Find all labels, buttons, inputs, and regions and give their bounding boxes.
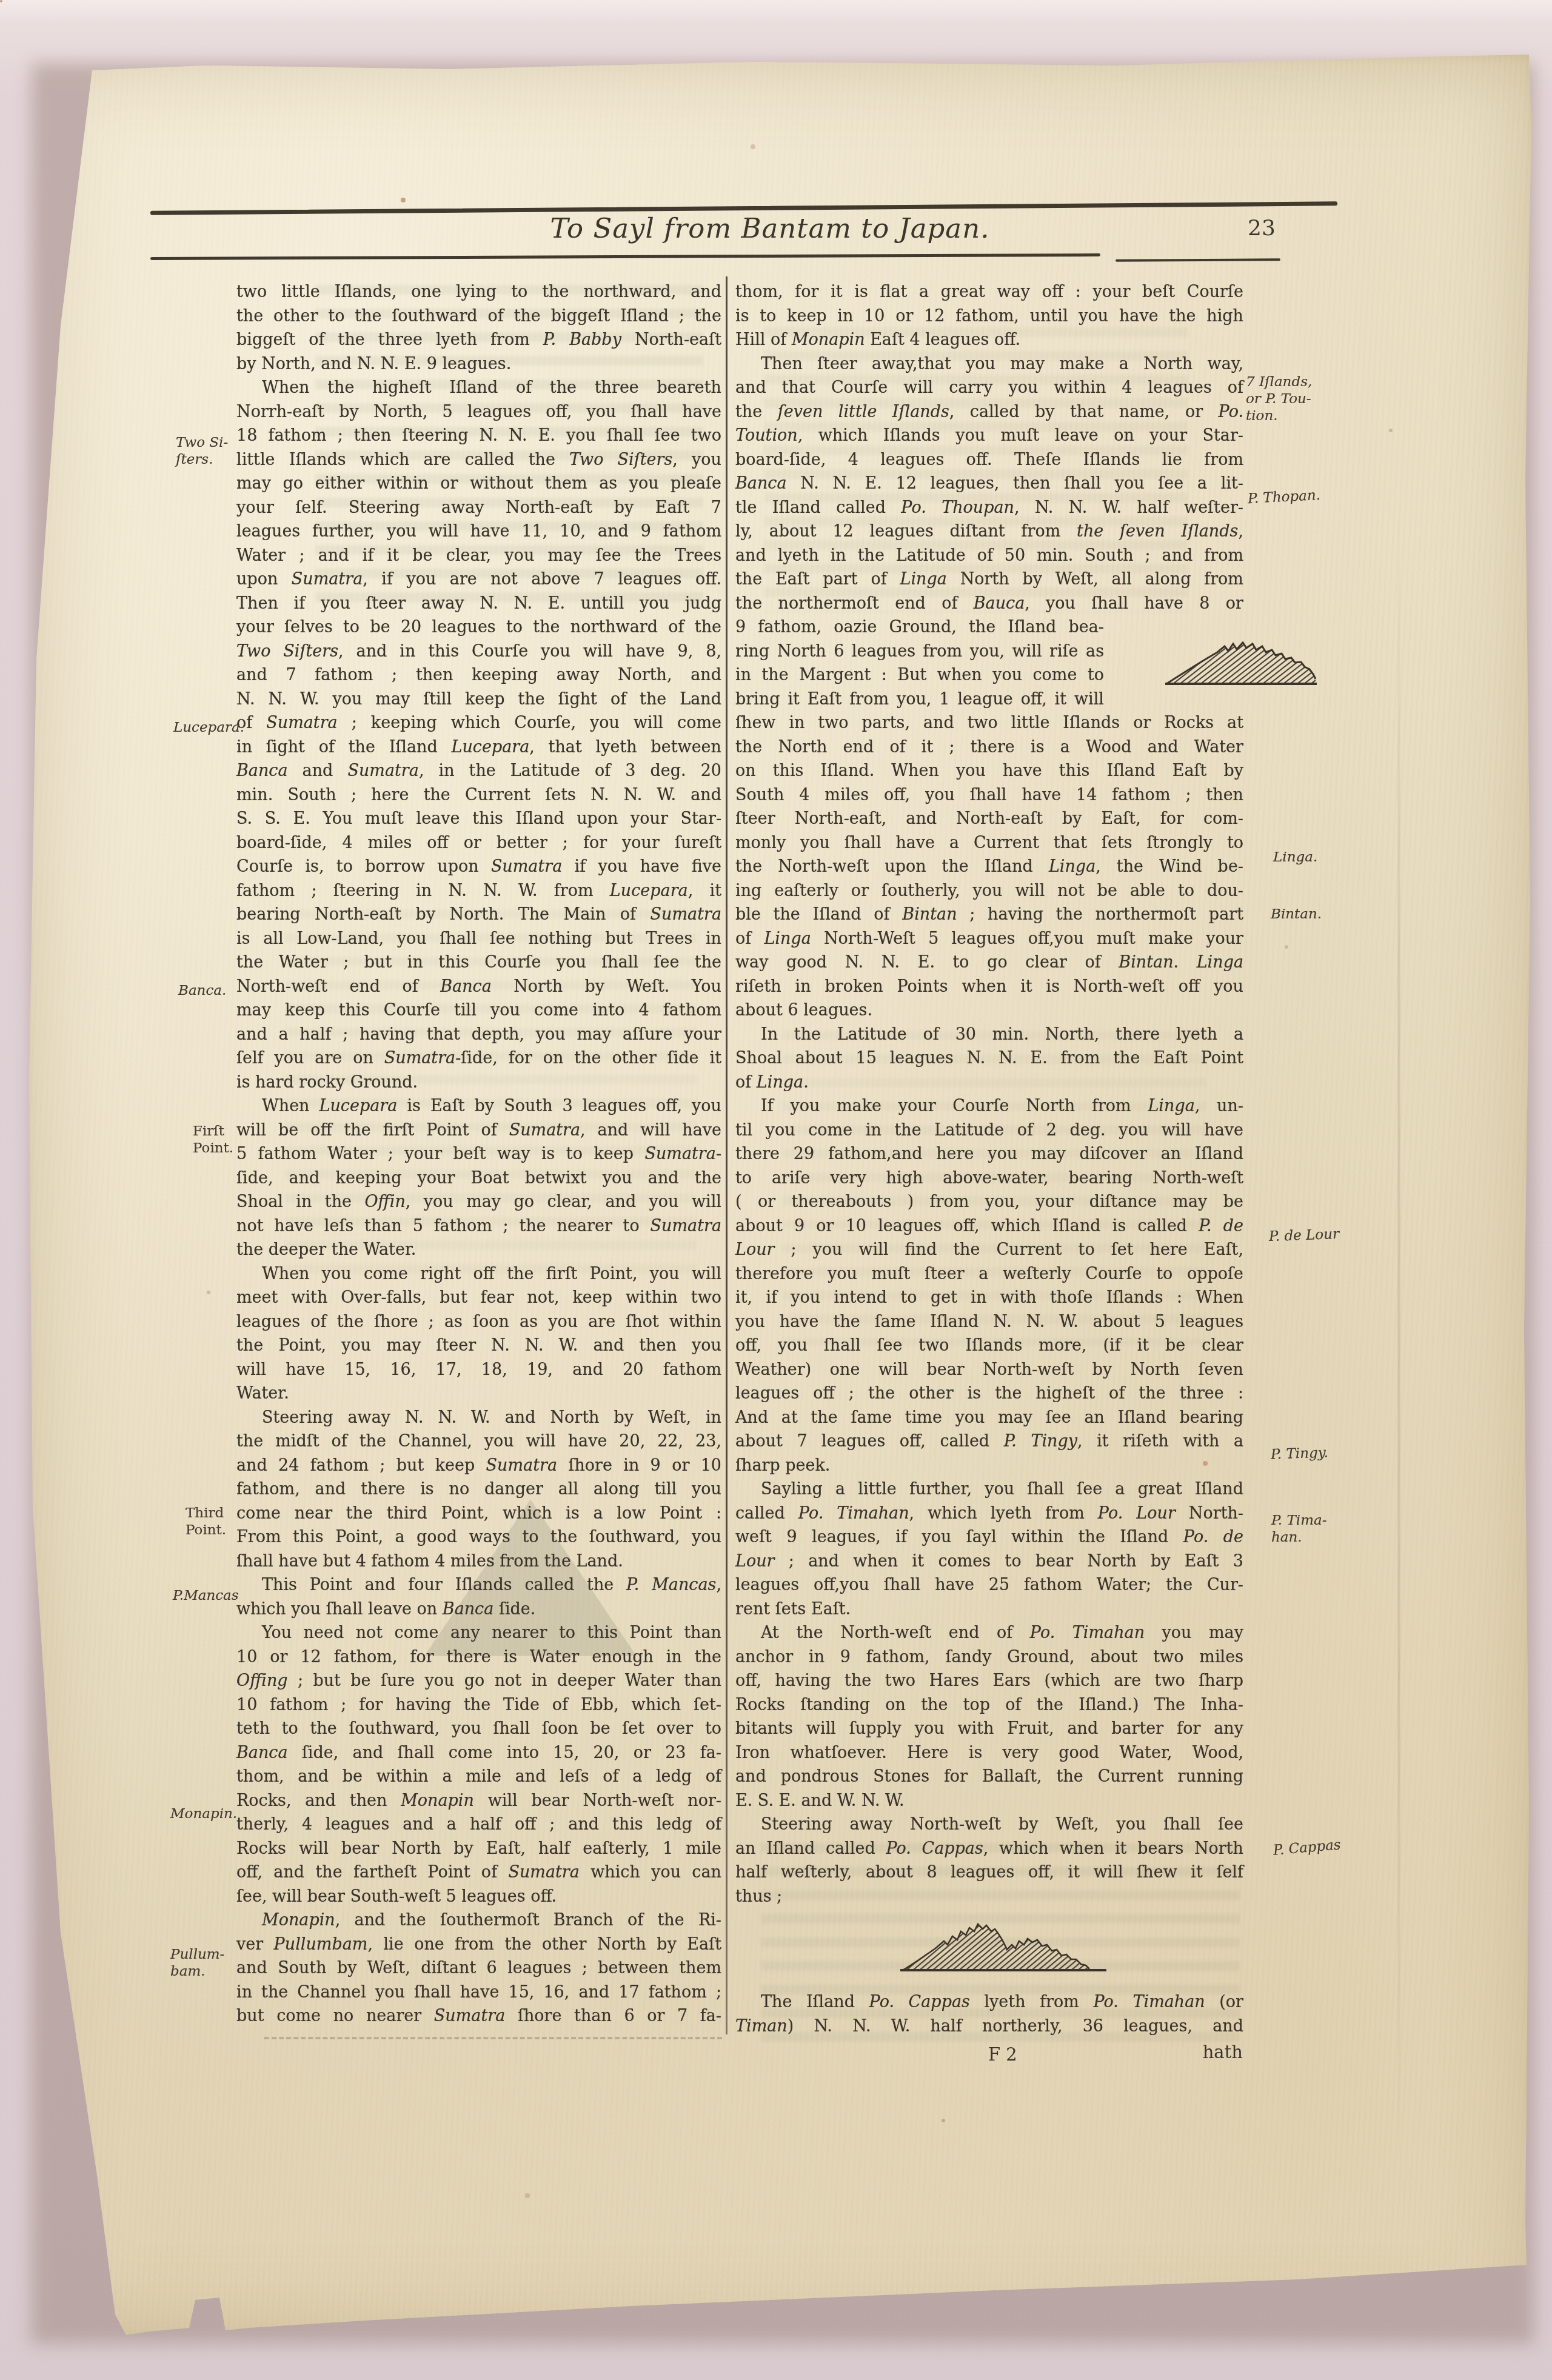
text-line: the Water ; but in this Courſe you ſhall… <box>236 951 721 975</box>
text-line: Banca N. N. E. 12 leagues, then ſhall yo… <box>735 472 1243 496</box>
text-line: S. S. E. You muſt leave this Iſland upon… <box>236 807 721 831</box>
text-line: an Iſland called Po. Cappas, which when … <box>735 1837 1243 1861</box>
text-line: of Sumatra ; keeping which Courſe, you w… <box>236 711 721 735</box>
text-line: Banca ſide, and ſhall come into 15, 20, … <box>236 1741 721 1765</box>
paragraph: When the higheſt Iſland of the three bea… <box>236 376 721 1094</box>
margin-note: Monapin. <box>170 1805 237 1822</box>
signature-mark: F 2 <box>988 2044 1017 2065</box>
paragraph: Steering away North-weſt by Weſt, you ſh… <box>735 1813 1243 1908</box>
catchword: hath <box>1176 2042 1243 2062</box>
paragraph: In the Latitude of 30 min. North, there … <box>735 1023 1243 1095</box>
showthrough-rule-dashes <box>264 2037 722 2039</box>
paragraph: You need not come any nearer to this Poi… <box>236 1621 721 1908</box>
text-line: Iron whatſoever. Here is very good Water… <box>735 1741 1243 1765</box>
text-line: the ſeven little Iſlands, called by that… <box>735 400 1243 424</box>
text-line: the North-weſt upon the Iſland Linga, th… <box>735 855 1243 879</box>
text-line: and that Courſe will carry you within 4 … <box>735 376 1243 400</box>
text-line: therefore you muſt ſteer a weſterly Cour… <box>735 1262 1243 1286</box>
text-line: but come no nearer Sumatra ſhore than 6 … <box>236 2004 721 2028</box>
text-line: come near the third Point, which is a lo… <box>236 1502 721 1526</box>
text-line: is to keep in 10 or 12 fathom, until you… <box>735 304 1243 329</box>
margin-note: ThirdPoint. <box>186 1505 226 1539</box>
text-line: it, if you intend to get in with thoſe I… <box>735 1286 1243 1310</box>
text-line: ſelf you are on Sumatra-ſide, for on the… <box>236 1046 721 1071</box>
text-line: the midſt of the Channel, you will have … <box>236 1429 721 1454</box>
text-line: Offing ; but be ſure you go not in deepe… <box>236 1669 721 1693</box>
text-line: 18 fathom ; then ſteering N. N. E. you ſ… <box>236 424 721 448</box>
text-line: ( or thereabouts ) from you, your diſtan… <box>735 1190 1243 1214</box>
scanned-book-page: To Sayl from Bantam to Japan. 23 two lit… <box>0 0 1552 2380</box>
text-line: Hill of Monapin Eaſt 4 leagues off. <box>735 328 1243 352</box>
text-line: thom, and be within a mile and leſs of a… <box>236 1765 721 1789</box>
text-line: North-weſt end of Banca North by Weſt. Y… <box>236 975 721 999</box>
text-line: board-ſide, 4 leagues off. Theſe Iſlands… <box>735 448 1243 472</box>
text-line: From this Point, a good ways to the ſout… <box>236 1525 721 1549</box>
text-line: your ſelf. Steering away North-eaſt by E… <box>236 496 721 520</box>
text-line: 5 fathom Water ; your beſt way is to kee… <box>236 1142 721 1166</box>
text-line: When you come right off the firſt Point,… <box>236 1262 721 1286</box>
text-line: Lour ; and when it comes to bear North b… <box>735 1549 1243 1574</box>
text-line: ly, about 12 leagues diſtant from the ſe… <box>735 520 1243 544</box>
text-line: biggeſt of the three lyeth from P. Babby… <box>236 328 721 352</box>
text-line: Rocks will bear North by Eaſt, half eaſt… <box>236 1837 721 1861</box>
text-line: the Point, you may ſteer N. N. W. and th… <box>236 1334 721 1358</box>
text-line: monly you ſhall have a Current that ſets… <box>735 831 1243 855</box>
text-line: by North, and N. N. E. 9 leagues. <box>236 352 721 376</box>
text-line: Then if you ſteer away N. N. E. untill y… <box>236 592 721 616</box>
text-line: Weather) one will bear North-weſt by Nor… <box>735 1358 1243 1382</box>
text-line: til you come in the Latitude of 2 deg. y… <box>735 1118 1243 1143</box>
text-line: which you ſhall leave on Banca ſide. <box>236 1597 721 1622</box>
text-line: Rocks, and then Monapin will bear North-… <box>236 1789 721 1813</box>
text-line: Water ; and if it be clear, you may ſee … <box>236 544 721 568</box>
paragraph: This Point and four Iſlands called the P… <box>236 1573 721 1621</box>
text-line: little Iſlands which are called the Two … <box>236 448 721 472</box>
column-divider-rule <box>726 276 727 2034</box>
text-line: will be off the firſt Point of Sumatra, … <box>236 1118 721 1143</box>
margin-note: Lucepara. <box>173 719 244 736</box>
text-line: the Eaſt part of Linga North by Weſt, al… <box>735 567 1243 592</box>
text-line: ſee, will bear South-weſt 5 leagues off. <box>236 1885 721 1909</box>
margin-note: Pullum-bam. <box>170 1946 224 1980</box>
text-line: rent ſets Eaſt. <box>735 1597 1243 1622</box>
text-line: the deeper the Water. <box>236 1238 721 1262</box>
text-line: This Point and four Iſlands called the P… <box>236 1573 721 1597</box>
margin-note: P. Tima-han. <box>1271 1512 1326 1546</box>
margin-note: Two Si-ſters. <box>176 434 228 468</box>
text-line: Banca and Sumatra, in the Latitude of 3 … <box>236 759 721 783</box>
text-line: fathom, and there is no danger all along… <box>236 1477 721 1502</box>
text-line: ſide, and keeping your Boat betwixt you … <box>236 1166 721 1191</box>
text-line: the North end of it ; there is a Wood an… <box>735 735 1243 760</box>
left-text-column: two little Iſlands, one lying to the nor… <box>236 280 721 2028</box>
island-profile-woodcut-margin <box>1165 635 1317 686</box>
text-line: and pondrous Stones for Ballaſt, the Cur… <box>735 1765 1243 1789</box>
text-line: thom, for it is flat a great way off : y… <box>735 280 1243 304</box>
text-line: N. N. W. you may ſtill keep the ſight of… <box>236 687 721 712</box>
text-line: to ariſe very high above-water, bearing … <box>735 1166 1243 1191</box>
paragraph: two little Iſlands, one lying to the nor… <box>236 280 721 376</box>
text-line: of Linga. <box>735 1071 1243 1095</box>
text-line: off, you ſhall ſee two Iſlands more, (if… <box>735 1334 1243 1358</box>
text-line: is all Low-Land, you ſhall ſee nothing b… <box>236 927 721 951</box>
margin-note: FirſtPoint. <box>193 1123 233 1157</box>
text-line: leagues off ; the other is the higheſt o… <box>735 1382 1243 1406</box>
paragraph: At the North-weſt end of Po. Timahan you… <box>735 1621 1243 1813</box>
text-line: Sayling a little further, you ſhall ſee … <box>735 1477 1243 1502</box>
text-line: about 6 leagues. <box>735 998 1243 1023</box>
text-line: board-ſide, 4 miles off or better ; for … <box>236 831 721 855</box>
page-number: 23 <box>1248 216 1296 241</box>
text-line: riſeth in broken Points when it is North… <box>735 975 1243 999</box>
text-line: Steering away North-weſt by Weſt, you ſh… <box>735 1813 1243 1837</box>
paragraph: Sayling a little further, you ſhall ſee … <box>735 1477 1243 1621</box>
text-line: South 4 miles off, you ſhall have 14 fat… <box>735 783 1243 807</box>
paragraph: When you come right off the firſt Point,… <box>236 1262 721 1406</box>
text-line: therly, 4 leagues and a half off ; and t… <box>236 1813 721 1837</box>
text-line: ſhew in two parts, and two little Iſland… <box>735 711 1243 735</box>
text-line: ſhall have but 4 fathom 4 miles from the… <box>236 1549 721 1574</box>
text-line: Rocks ſtanding on the top of the Iſland.… <box>735 1693 1243 1717</box>
text-line: Shoal about 15 leagues N. N. E. from the… <box>735 1046 1243 1071</box>
text-line: Two Siſters, and in this Courſe you will… <box>236 640 721 664</box>
text-line: and a half ; having that depth, you may … <box>236 1023 721 1047</box>
paragraph: When Lucepara is Eaſt by South 3 leagues… <box>236 1094 721 1262</box>
text-line: Toution, which Iſlands you muſt leave on… <box>735 424 1243 448</box>
text-line: not have leſs than 5 fathom ; the nearer… <box>236 1214 721 1238</box>
text-line: Lour ; you will find the Current to ſet … <box>735 1238 1243 1262</box>
text-line: and lyeth in the Latitude of 50 min. Sou… <box>735 544 1243 568</box>
text-line: thus ; <box>735 1885 1243 1909</box>
margin-note: 7 Iſlands,or P. Tou-tion. <box>1246 373 1312 424</box>
text-line: half weſterly, about 8 leagues off, it w… <box>735 1860 1243 1885</box>
text-line: ſharp peek. <box>735 1454 1243 1478</box>
text-line: upon Sumatra, if you are not above 7 lea… <box>236 567 721 592</box>
text-line: your ſelves to be 20 leagues to the nort… <box>236 615 721 640</box>
text-line: E. S. E. and W. N. W. <box>735 1789 1243 1813</box>
text-line: Steering away N. N. W. and North by Weſt… <box>236 1406 721 1430</box>
text-line: may keep this Courſe till you come into … <box>236 998 721 1023</box>
text-line: If you make your Courſe North from Linga… <box>735 1094 1243 1118</box>
text-line: in the Channel you ſhall have 15, 16, an… <box>236 1981 721 2005</box>
running-title: To Sayl from Bantam to Japan. <box>515 212 1025 244</box>
text-line: the other to the ſouthward of the biggeſ… <box>236 304 721 329</box>
text-line: When the higheſt Iſland of the three bea… <box>236 376 721 400</box>
text-line: fathom ; ſteering in N. N. W. from Lucep… <box>236 879 721 903</box>
text-line: At the North-weſt end of Po. Timahan you… <box>735 1621 1243 1645</box>
text-line: You need not come any nearer to this Poi… <box>236 1621 721 1645</box>
paragraph: Steering away N. N. W. and North by Weſt… <box>236 1406 721 1574</box>
paragraph: thom, for it is flat a great way off : y… <box>735 280 1243 352</box>
po-cappas-island-woodcut <box>899 1914 1108 1977</box>
text-line: tle Iſland called Po. Thoupan, N. N. W. … <box>735 496 1243 520</box>
text-line: meet with Over-falls, but fear not, keep… <box>236 1286 721 1310</box>
margin-note: Linga. <box>1273 849 1317 866</box>
text-line: off, having the two Hares Ears (which ar… <box>735 1669 1243 1693</box>
text-line: about 7 leagues off, called P. Tingy, it… <box>735 1429 1243 1454</box>
text-line: way good N. N. E. to go clear of Bintan.… <box>735 951 1243 975</box>
text-line: Norrh-eaſt by North, 5 leagues off, you … <box>236 400 721 424</box>
paragraph: If you make your Courſe North from Linga… <box>735 1094 1243 1477</box>
margin-note: P. Tingy. <box>1271 1444 1329 1463</box>
text-line: 10 fathom ; for having the Tide of Ebb, … <box>236 1693 721 1717</box>
text-line: you have the ſame Iſland N. N. W. about … <box>735 1310 1243 1334</box>
text-line: and 7 fathom ; then keeping away North, … <box>236 663 721 687</box>
text-line: Monapin, and the ſouthermoſt Branch of t… <box>236 1908 721 1933</box>
text-line: weſt 9 leagues, if you ſayl within the I… <box>735 1525 1243 1549</box>
text-line: Timan) N. N. W. half northerly, 36 leagu… <box>735 2014 1243 2039</box>
text-line: and South by Weſt, diſtant 6 leagues ; b… <box>236 1956 721 1981</box>
text-line: Water. <box>236 1382 721 1406</box>
margin-note: Banca. <box>178 982 226 999</box>
text-line: bearing North-eaſt by North. The Main of… <box>236 903 721 927</box>
text-line: on this Iſland. When you have this Iſlan… <box>735 759 1243 783</box>
paragraph: The Iſland Po. Cappas lyeth from Po. Tim… <box>735 1990 1243 2038</box>
text-line: is hard rocky Ground. <box>236 1071 721 1095</box>
margin-note: P.Mancas <box>173 1587 239 1604</box>
text-line: Shoal in the Offin, you may go clear, an… <box>236 1190 721 1214</box>
text-line: bitants will ſupply you with Fruit, and … <box>735 1717 1243 1741</box>
paper-speckles <box>0 0 2 2</box>
text-line: When Lucepara is Eaſt by South 3 leagues… <box>236 1094 721 1118</box>
text-line: about 9 or 10 leagues off, which Iſland … <box>735 1214 1243 1238</box>
text-line: ſteer North-eaſt, and North-eaſt by Eaſt… <box>735 807 1243 831</box>
text-line: off, and the fartheſt Point of Sumatra w… <box>236 1860 721 1885</box>
text-line: ble the Iſland of Bintan ; having the no… <box>735 903 1243 927</box>
margin-note: Bintan. <box>1271 906 1322 923</box>
text-line: The Iſland Po. Cappas lyeth from Po. Tim… <box>735 1990 1243 2014</box>
text-line: 10 or 12 fathom, for there is Water enou… <box>236 1645 721 1670</box>
text-line: Courſe is, to borrow upon Sumatra if you… <box>236 855 721 879</box>
text-line: ing eaſterly or ſoutherly, you will not … <box>735 879 1243 903</box>
text-line: min. South ; here the Current ſets N. N.… <box>236 783 721 807</box>
text-line: may go either within or without them as … <box>236 472 721 496</box>
text-line: bring it Eaſt from you, 1 league off, it… <box>735 687 1243 712</box>
text-line: there 29 fathom,and here you may diſcove… <box>735 1142 1243 1166</box>
text-line: In the Latitude of 30 min. North, there … <box>735 1023 1243 1047</box>
paragraph: Then ſteer away,that you may make a Nort… <box>735 352 1243 1023</box>
margin-note: P. de Lour <box>1269 1226 1340 1245</box>
text-line: teth to the ſouthward, you ſhall ſoon be… <box>236 1717 721 1741</box>
text-line: anchor in 9 fathom, ſandy Ground, about … <box>735 1645 1243 1670</box>
text-line: called Po. Timahan, which lyeth from Po.… <box>735 1502 1243 1526</box>
text-line: leagues off,you ſhall have 25 fathom Wat… <box>735 1573 1243 1597</box>
right-text-column: thom, for it is flat a great way off : y… <box>735 280 1243 2038</box>
text-line: leagues of the ſhore ; as ſoon as you ar… <box>236 1310 721 1334</box>
text-line: in ſight of the Iſland Lucepara, that ly… <box>236 735 721 760</box>
text-line: Then ſteer away,that you may make a Nort… <box>735 352 1243 376</box>
text-line: two little Iſlands, one lying to the nor… <box>236 280 721 304</box>
text-line: of Linga North-Weſt 5 leagues off,you mu… <box>735 927 1243 951</box>
text-line: and 24 fathom ; but keep Sumatra ſhore i… <box>236 1454 721 1478</box>
text-line: will have 15, 16, 17, 18, 19, and 20 fat… <box>236 1358 721 1382</box>
text-line: leagues further, you will have 11, 10, a… <box>236 520 721 544</box>
page-crease <box>1398 509 1400 2158</box>
paragraph: Monapin, and the ſouthermoſt Branch of t… <box>236 1908 721 2028</box>
text-line: And at the ſame time you may ſee an Iſla… <box>735 1406 1243 1430</box>
text-line: ver Pullumbam, lie one from the other No… <box>236 1933 721 1957</box>
text-line: the northermoſt end of Bauca, you ſhall … <box>735 592 1243 616</box>
